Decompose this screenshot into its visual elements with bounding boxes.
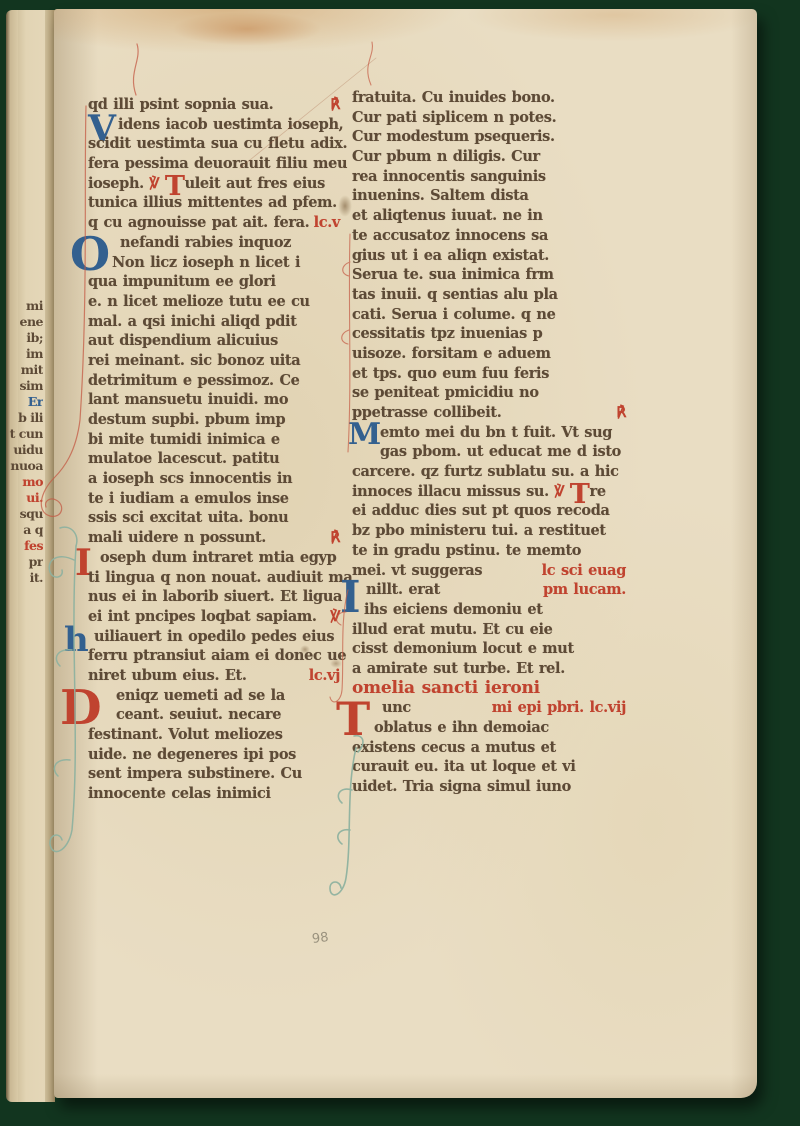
spine-text-fragment: pr (9, 554, 43, 570)
photo-backdrop: { "folio": { "number": "98" }, "palette"… (0, 0, 800, 1126)
text-run: lant mansuetu inuidi. mo (88, 391, 288, 408)
spine-text-fragment: ib; (9, 330, 43, 346)
text-run: mei. vt suggeras (352, 562, 482, 579)
text-line: e. n licet melioze tutu ee cu (88, 292, 340, 312)
text-run: tas inuii. q sentias alu pla (352, 286, 558, 303)
text-run: mali uidere n possunt. (88, 529, 266, 546)
text-run: cisst demonium locut e mut (352, 640, 574, 657)
text-run: niret ubum eius. Et. (88, 667, 247, 684)
text-run: rei meinant. sic bonoz uita (88, 352, 300, 369)
parchment-stain (338, 195, 352, 217)
text-line: q cu agnouisse pat ait. fera.lc.v (88, 213, 340, 233)
text-line: inuenins. Saltem dista (352, 186, 626, 206)
text-line: Serua te. sua inimica frm (352, 265, 626, 285)
text-run: ti lingua q non nouat. audiuit ma (88, 569, 352, 586)
spine-text-fragment: uidu (9, 442, 43, 458)
text-line: gas pbom. ut educat me d isto (352, 442, 626, 462)
spine-text-fragment: a q (9, 522, 43, 538)
text-line: te in gradu pstinu. te memto (352, 541, 626, 561)
spine-text-fragment: fes (9, 538, 43, 554)
text-line: ti lingua q non nouat. audiuit ma (88, 568, 340, 588)
text-line: niret ubum eius. Et.lc.vj (88, 666, 340, 686)
text-run: bi mite tumidi inimica e (88, 431, 280, 448)
text-line: Cur pbum n diligis. Cur (352, 147, 626, 167)
text-line: cati. Serua i colume. q ne (352, 305, 626, 325)
text-run: detrimitum e pessimoz. Ce (88, 372, 300, 389)
text-run: a ioseph scs innocentis in (88, 470, 292, 487)
text-run: Non licz ioseph n licet i (112, 254, 300, 271)
text-line: Deniqz uemeti ad se la (88, 686, 340, 706)
text-run: innocente celas inimici (88, 785, 271, 802)
text-run: et tps. quo eum fuu feris (352, 365, 549, 382)
text-run: Cur pati siplicem n potes. (352, 109, 556, 126)
text-line: oblatus e ihn demoiac (352, 718, 626, 738)
text-line: destum supbi. pbum imp (88, 410, 340, 430)
text-run: ℟ (330, 95, 340, 115)
text-run: mulatoe lacescut. patitu (88, 450, 279, 467)
text-run: Cur modestum psequeris. (352, 128, 555, 145)
text-line: mei. vt suggeraslc sci euag (352, 561, 626, 581)
text-run: tunica illius mittentes ad pfem. (88, 194, 337, 211)
text-line: detrimitum e pessimoz. Ce (88, 371, 340, 391)
text-line: bz pbo ministeru tui. a restituet (352, 521, 626, 541)
text-run: oseph dum intraret mtia egyp (100, 549, 336, 566)
text-line: qd illi psint sopnia sua.℟ (88, 95, 340, 115)
text-run: uisoze. forsitam e aduem (352, 345, 551, 362)
text-line: scidit uestimta sua cu fletu adix. (88, 134, 340, 154)
text-run: lc.vj (309, 666, 340, 686)
text-line: et tps. quo eum fuu feris (352, 364, 626, 384)
parchment-stain (172, 12, 322, 46)
text-run: emto mei du bn t fuit. Vt sug (380, 424, 612, 441)
text-line: Cur modestum psequeris. (352, 127, 626, 147)
text-line: Non licz ioseph n licet i (88, 253, 340, 273)
text-run: festinant. Volut meliozes (88, 726, 283, 743)
text-run: uide. ne degeneres ipi pos (88, 746, 296, 763)
text-line: se peniteat pmicidiu no (352, 383, 626, 403)
text-run: ℟ (616, 403, 626, 423)
text-line: Videns iacob uestimta ioseph, (88, 115, 340, 135)
text-run: e. n licet melioze tutu ee cu (88, 293, 310, 310)
text-line: ihs eiciens demoniu et (352, 600, 626, 620)
text-run: cessitatis tpz inuenias p (352, 325, 542, 342)
text-line: huiliauert in opedilo pedes eius (88, 627, 340, 647)
spine-text-fragments: mieneib;immitsimErb ilit cunuidunuoamoui… (9, 298, 43, 586)
text-run: gius ut i ea aliqn existat. (352, 247, 549, 264)
text-run: lc.v (314, 213, 340, 233)
text-line: mal. a qsi inichi aliqd pdit (88, 312, 340, 332)
text-line: a amirate sut turbe. Et rel. (352, 659, 626, 679)
text-line: et aliqtenus iuuat. ne in (352, 206, 626, 226)
text-run: idens iacob uestimta ioseph, (118, 116, 343, 133)
text-line: te accusatoz innocens sa (352, 226, 626, 246)
text-run: uidet. Tria signa simul iuno (352, 778, 571, 795)
text-run: gas pbom. ut educat me d isto (380, 443, 621, 460)
text-run: Cur pbum n diligis. Cur (352, 148, 540, 165)
text-run: curauit eu. ita ut loque et vi (352, 758, 576, 775)
text-line: innoces illacu missus su. ℣ Tre (352, 482, 626, 502)
text-line: rei meinant. sic bonoz uita (88, 351, 340, 371)
text-line: uide. ne degeneres ipi pos (88, 745, 340, 765)
text-line: omelia sancti ieroni (352, 679, 626, 699)
illuminated-initial: h (64, 623, 88, 657)
text-run: ℣ (555, 483, 570, 500)
manuscript-page: qd illi psint sopnia sua.℟Videns iacob u… (54, 9, 757, 1098)
text-run: destum supbi. pbum imp (88, 411, 285, 428)
spine-text-fragment: mi (9, 298, 43, 314)
text-run: q cu agnouisse pat ait. fera. (88, 214, 309, 231)
text-run: fera pessima deuorauit filiu meu (88, 155, 347, 172)
text-line: ppetrasse collibeit.℟ (352, 403, 626, 423)
text-line: a ioseph scs innocentis in (88, 469, 340, 489)
text-line: cisst demonium locut e mut (352, 639, 626, 659)
text-run: cati. Serua i colume. q ne (352, 306, 555, 323)
text-run: pm lucam. (543, 580, 626, 600)
spine-text-fragment: b ili (9, 410, 43, 426)
text-line: fratuita. Cu inuides bono. (352, 88, 626, 108)
spine-text-fragment: t cun (9, 426, 43, 442)
folio-number-pencil: 98 (311, 930, 329, 947)
text-run: ceant. seuiut. necare (116, 706, 281, 723)
text-run: omelia sancti ieroni (352, 678, 540, 698)
text-run: innoces illacu missus su. (352, 483, 555, 500)
text-run: te i iudiam a emulos inse (88, 490, 289, 507)
spine-text-fragment: ui. (9, 490, 43, 506)
text-run: se peniteat pmicidiu no (352, 384, 539, 401)
text-run: ℣ (330, 607, 340, 627)
text-line: sent impera substinere. Cu (88, 764, 340, 784)
text-line: Inillt. eratpm lucam. (352, 580, 626, 600)
text-line: uisoze. forsitam e aduem (352, 344, 626, 364)
text-line: existens cecus a mutus et (352, 738, 626, 758)
text-run: sent impera substinere. Cu (88, 765, 302, 782)
text-run: carcere. qz furtz sublatu su. a hic (352, 463, 619, 480)
text-run: bz pbo ministeru tui. a restituet (352, 522, 606, 539)
text-line: Onefandi rabies inquoz (88, 233, 340, 253)
text-line: festinant. Volut meliozes (88, 725, 340, 745)
text-line: illud erat mutu. Et cu eie (352, 620, 626, 640)
text-line: ei int pncipes loqbat sapiam.℣ (88, 607, 340, 627)
text-run: uiliauert in opedilo pedes eius (94, 628, 334, 645)
text-run: nillt. erat (366, 581, 440, 598)
spine-text-fragment: im (9, 346, 43, 362)
right-text-column: fratuita. Cu inuides bono.Cur pati sipli… (352, 88, 626, 797)
text-line: ssis sci excitat uita. bonu (88, 508, 340, 528)
text-line: bi mite tumidi inimica e (88, 430, 340, 450)
text-run: ssis sci excitat uita. bonu (88, 509, 288, 526)
text-line: curauit eu. ita ut loque et vi (352, 757, 626, 777)
text-run: re (590, 483, 606, 500)
text-run: nefandi rabies inquoz (120, 234, 291, 251)
text-line: tas inuii. q sentias alu pla (352, 285, 626, 305)
text-run: Serua te. sua inimica frm (352, 266, 554, 283)
spine-text-fragment: mit (9, 362, 43, 378)
text-line: nus ei in laborib siuert. Et ligua (88, 587, 340, 607)
text-run: ei adduc dies sut pt quos recoda (352, 502, 610, 519)
text-run: lc sci euag (542, 561, 626, 581)
left-text-column: qd illi psint sopnia sua.℟Videns iacob u… (88, 95, 340, 804)
text-line: ceant. seuiut. necare (88, 705, 340, 725)
text-line: ioseph. ℣ Tuleit aut fres eius (88, 174, 340, 194)
text-run: ei int pncipes loqbat sapiam. (88, 608, 317, 625)
text-run: existens cecus a mutus et (352, 739, 556, 756)
text-run: uleit aut fres eius (185, 175, 325, 192)
text-run: ℟ (330, 528, 340, 548)
text-run: a amirate sut turbe. Et rel. (352, 660, 565, 677)
spine-text-fragment: nuoa (9, 458, 43, 474)
text-run: ioseph. (88, 175, 150, 192)
text-line: Cur pati siplicem n potes. (352, 108, 626, 128)
text-run: mi epi pbri. lc.vij (492, 698, 626, 718)
text-line: cessitatis tpz inuenias p (352, 324, 626, 344)
spine-text-fragment: mo (9, 474, 43, 490)
text-run: fratuita. Cu inuides bono. (352, 89, 555, 106)
text-run: nus ei in laborib siuert. Et ligua (88, 588, 342, 605)
text-line: uidet. Tria signa simul iuno (352, 777, 626, 797)
text-run: rea innocentis sanguinis (352, 168, 546, 185)
text-run: ihs eiciens demoniu et (364, 601, 543, 618)
spine-text-fragment: it. (9, 570, 43, 586)
text-line: mulatoe lacescut. patitu (88, 449, 340, 469)
text-run: te accusatoz innocens sa (352, 227, 548, 244)
text-line: fera pessima deuorauit filiu meu (88, 154, 340, 174)
text-run: aut dispendium alicuius (88, 332, 278, 349)
text-run: ℣ (150, 175, 165, 192)
text-line: ei adduc dies sut pt quos recoda (352, 501, 626, 521)
text-line: Memto mei du bn t fuit. Vt sug (352, 423, 626, 443)
text-line: tunica illius mittentes ad pfem. (88, 193, 340, 213)
text-line: Tunc mi epi pbri. lc.vij (352, 698, 626, 718)
text-run: unc (382, 699, 411, 716)
spine-text-fragment: sim (9, 378, 43, 394)
spine-text-fragment: ene (9, 314, 43, 330)
text-line: ferru ptransiut aiam ei donec ue (88, 646, 340, 666)
text-run: scidit uestimta sua cu fletu adix. (88, 135, 347, 152)
text-line: gius ut i ea aliqn existat. (352, 246, 626, 266)
text-line: rea innocentis sanguinis (352, 167, 626, 187)
text-run: eniqz uemeti ad se la (116, 687, 285, 704)
text-run: qua impunitum ee glori (88, 273, 276, 290)
text-run: te in gradu pstinu. te memto (352, 542, 581, 559)
text-run: et aliqtenus iuuat. ne in (352, 207, 543, 224)
text-line: te i iudiam a emulos inse (88, 489, 340, 509)
spine-text-fragment: squ (9, 506, 43, 522)
text-line: aut dispendium alicuius (88, 331, 340, 351)
text-run: oblatus e ihn demoiac (374, 719, 549, 736)
text-run: illud erat mutu. Et cu eie (352, 621, 553, 638)
text-line: qua impunitum ee glori (88, 272, 340, 292)
text-run: inuenins. Saltem dista (352, 187, 529, 204)
text-run: ferru ptransiut aiam ei donec ue (88, 647, 346, 664)
text-line: lant mansuetu inuidi. mo (88, 390, 340, 410)
text-line: mali uidere n possunt.℟ (88, 528, 340, 548)
text-line: innocente celas inimici (88, 784, 340, 804)
text-run: mal. a qsi inichi aliqd pdit (88, 313, 297, 330)
spine-text-fragment: Er (9, 394, 43, 410)
text-line: Ioseph dum intraret mtia egyp (88, 548, 340, 568)
